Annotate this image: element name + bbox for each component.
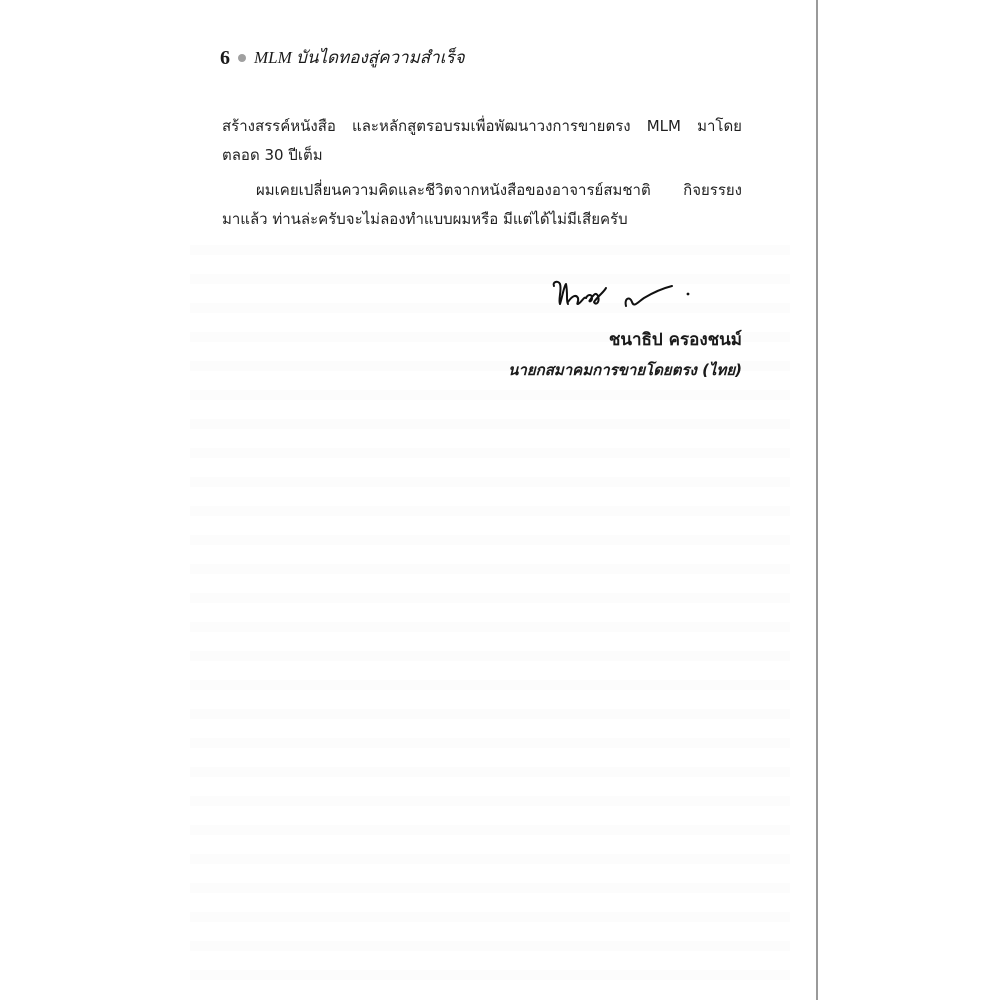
paragraph-1-line-2: ตลอด 30 ปีเต็ม xyxy=(222,141,742,170)
book-page: 6 MLM บันไดทองสู่ความสำเร็จ สร้างสรรค์หน… xyxy=(0,0,1000,1000)
signer-title: นายกสมาคมการขายโดยตรง (ไทย) xyxy=(508,358,742,382)
paragraph-1-line-1: สร้างสรรค์หนังสือ และหลักสูตรอบรมเพื่อพั… xyxy=(222,112,742,141)
bullet-dot-icon xyxy=(238,54,246,62)
paragraph-2-line-1: ผมเคยเปลี่ยนความคิดและชีวิตจากหนังสือของ… xyxy=(222,176,742,205)
text-segment: MLM xyxy=(647,112,681,141)
book-title: MLM บันไดทองสู่ความสำเร็จ xyxy=(254,46,465,70)
page-number: 6 xyxy=(220,46,230,70)
text-segment: มาโดย xyxy=(697,112,742,141)
page-edge-divider xyxy=(816,0,818,1000)
paragraph-2-line-2: มาแล้ว ท่านล่ะครับจะไม่ลองทำแบบผมหรือ มี… xyxy=(222,205,742,234)
running-header: 6 MLM บันไดทองสู่ความสำเร็จ xyxy=(220,46,465,70)
text-segment: และหลักสูตรอบรมเพื่อพัฒนาวงการขายตรง xyxy=(352,112,631,141)
paragraph-2: ผมเคยเปลี่ยนความคิดและชีวิตจากหนังสือของ… xyxy=(222,176,742,234)
signer-name: ชนาธิป ครองชนม์ xyxy=(609,327,742,353)
paragraph-1: สร้างสรรค์หนังสือ และหลักสูตรอบรมเพื่อพั… xyxy=(222,112,742,170)
text-segment: สร้างสรรค์หนังสือ xyxy=(222,112,336,141)
handwritten-signature-icon xyxy=(548,272,708,320)
